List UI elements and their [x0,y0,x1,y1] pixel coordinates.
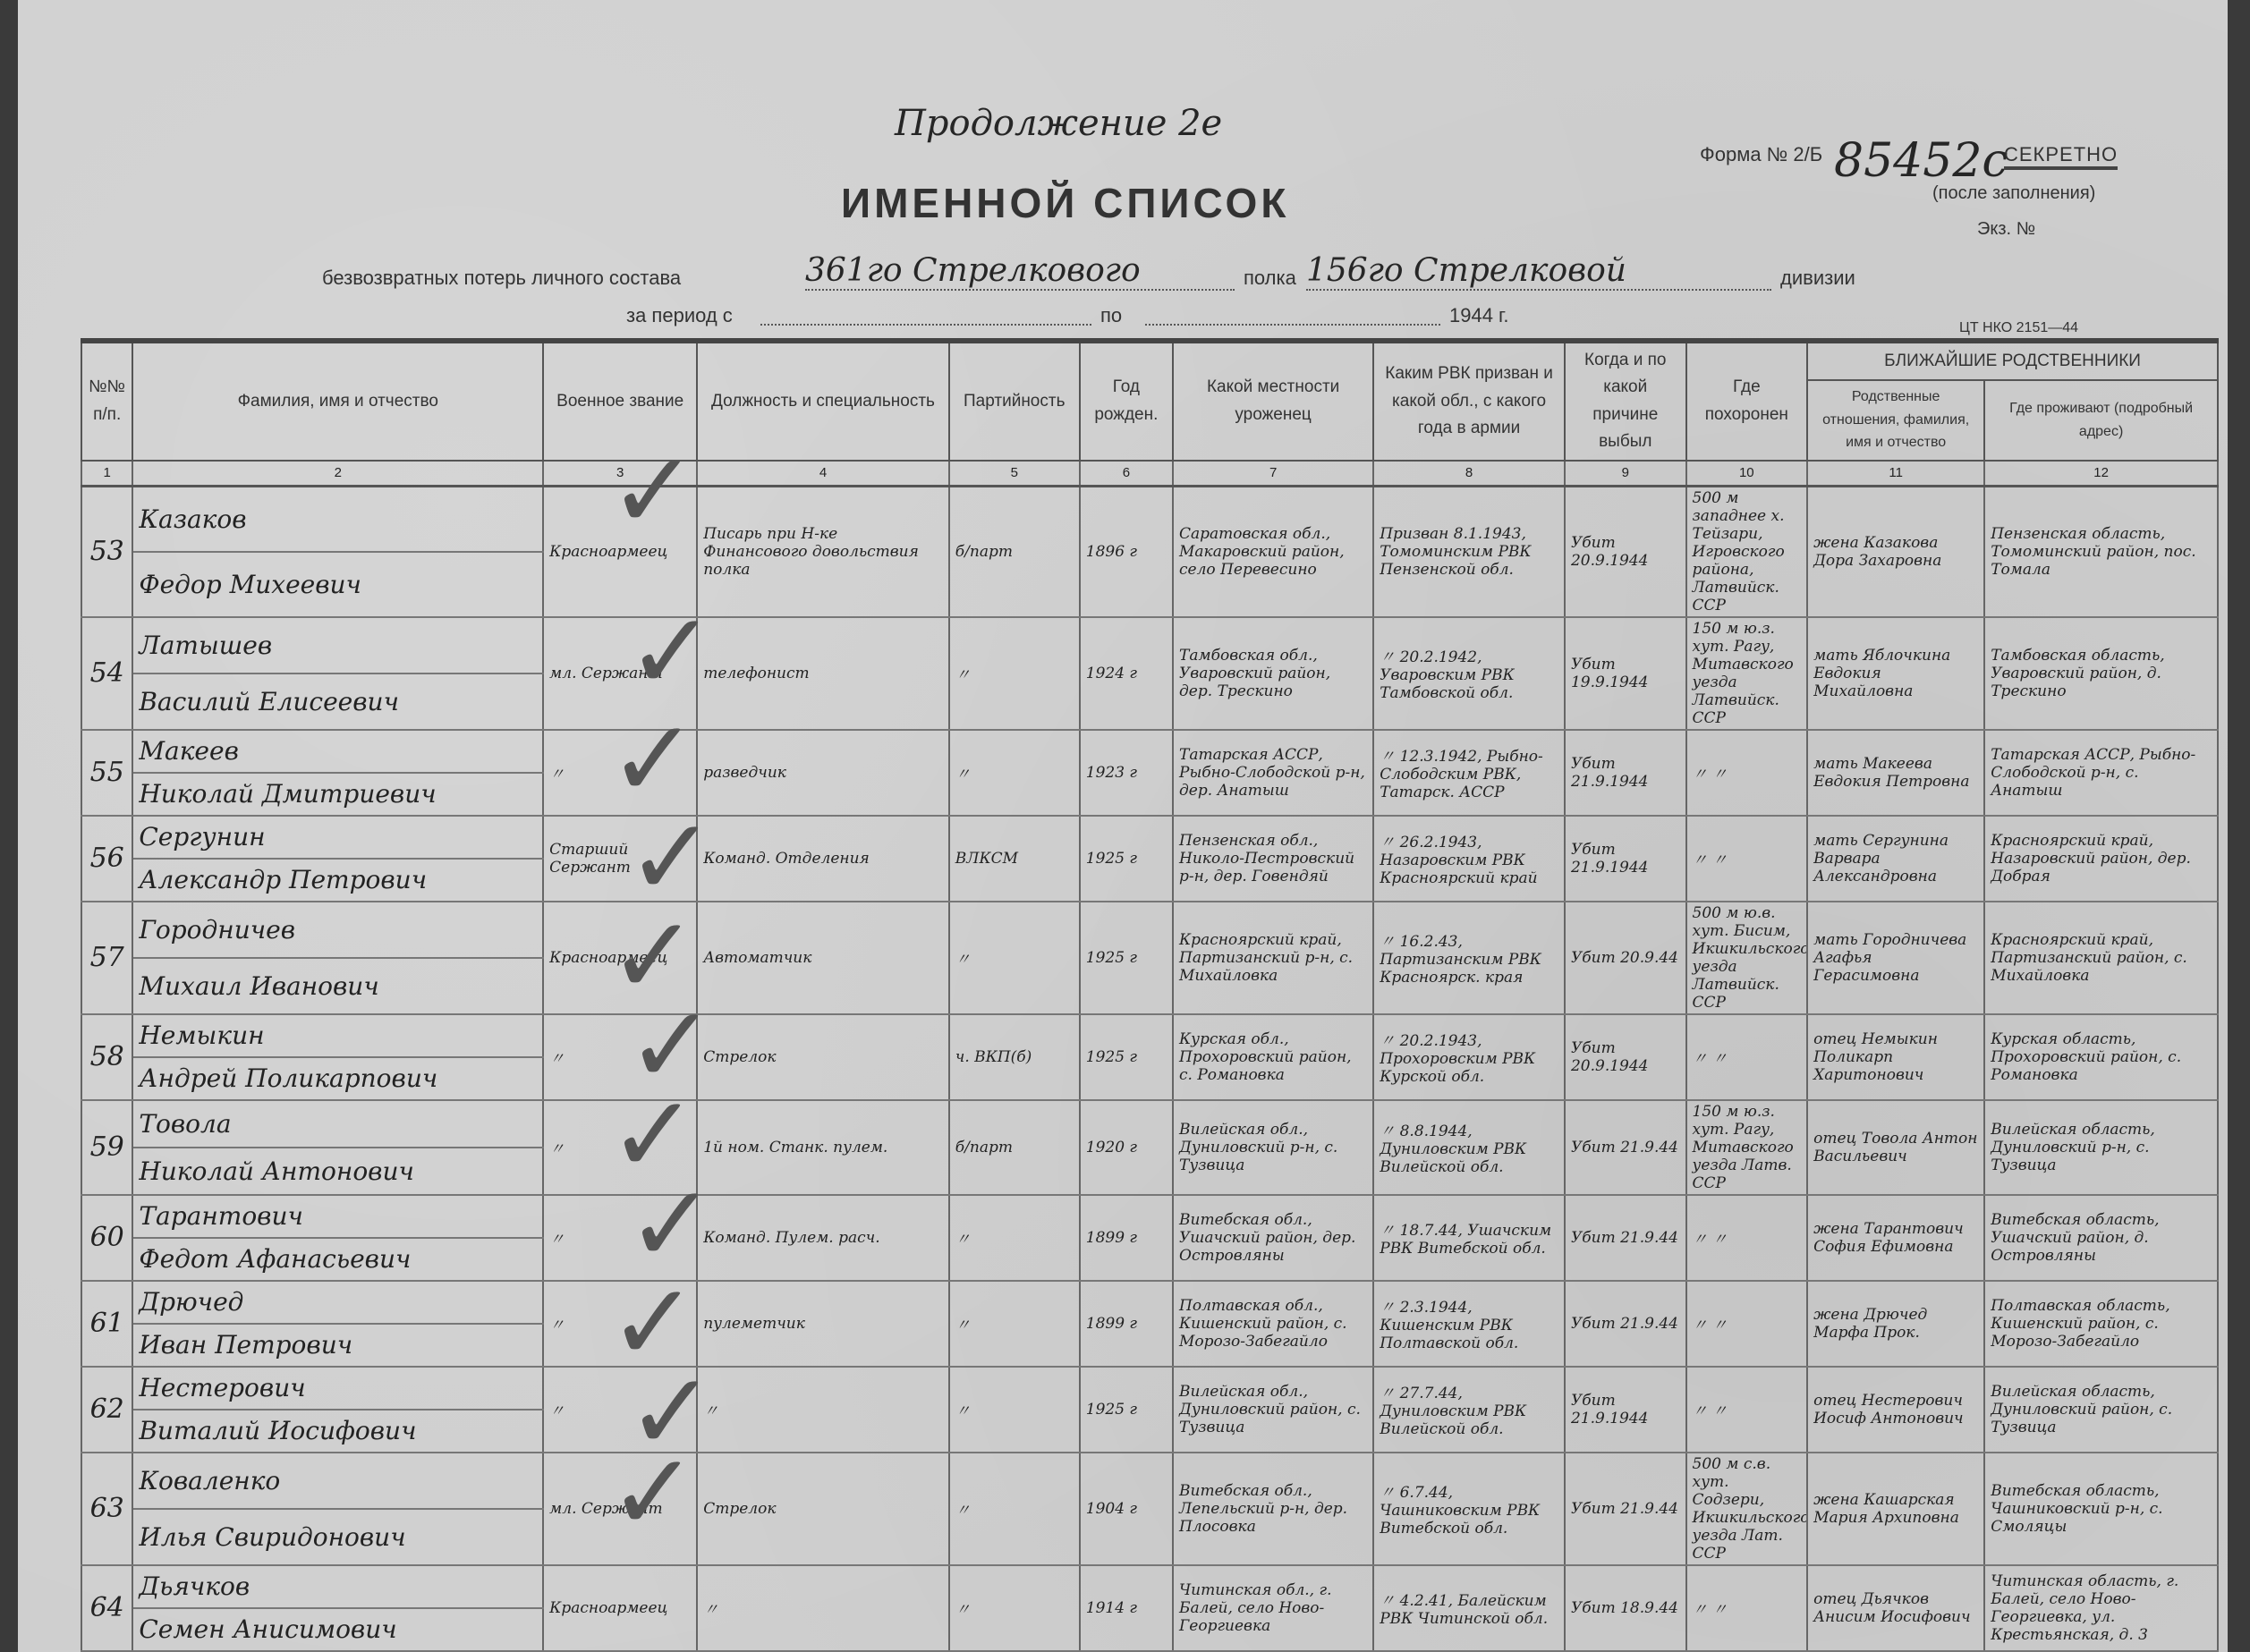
party-cell: б/парт [949,1100,1080,1195]
division-label: дивизии [1780,267,1855,290]
rvk-cell: 〃 20.2.1943, Прохоровским РВК Курской об… [1373,1014,1565,1100]
record-number: 64 [81,1565,132,1651]
burial-cell: 150 м ю.з. хут. Рагу, Митавского уезда Л… [1686,1100,1808,1195]
party-cell: 〃 [949,1367,1080,1453]
surname-cell: Казаков [132,486,543,552]
check-mark-icon: ✓ [608,1431,699,1555]
secrecy-note: (после заполнения) [1932,183,2095,204]
relative-cell: жена Дрючед Марфа Прок. [1807,1281,1984,1367]
col-rvk: Каким РВК призван и какой обл., с какого… [1373,341,1565,461]
origin-cell: Пензенская обл., Николо-Пестровский р-н,… [1173,816,1373,902]
period-to-label: по [1100,304,1122,327]
surname-cell: Коваленко [132,1453,543,1509]
subtitle-line: безвозвратных потерь личного состава 361… [322,259,1897,295]
rvk-cell: 〃 12.3.1942, Рыбно-Слободским РВК, Татар… [1373,730,1565,816]
party-cell: ВЛКСМ [949,816,1080,902]
rvk-cell: 〃 27.7.44, Дуниловским РВК Вилейской обл… [1373,1367,1565,1453]
col-num: 7 [1173,461,1373,487]
col-num: 12 [1984,461,2218,487]
period-from-field [760,304,1091,326]
rvk-cell: 〃 8.8.1944, Дуниловским РВК Вилейской об… [1373,1100,1565,1195]
surname-cell: Дьячков [132,1565,543,1608]
given-name-cell: Виталий Иосифович [132,1410,543,1453]
surname-cell: Макеев [132,730,543,773]
party-cell: 〃 [949,617,1080,730]
period-to-field [1145,304,1440,326]
col-number: №№ п/п. [81,341,132,461]
position-cell: Писарь при Н-ке Финансового довольствия … [697,486,949,617]
table-row: 64ДьячковКрасноармеец〃〃1914 гЧитинская о… [81,1565,2218,1608]
reason-cell: Убит 21.9.1944 [1565,1367,1686,1453]
col-position: Должность и специальность [697,341,949,461]
given-name-cell: Федор Михеевич [132,552,543,617]
table-row: 61Дрючед〃пулеметчик〃1899 гПолтавская обл… [81,1281,2218,1324]
reason-cell: Убит 21.9.44 [1565,1281,1686,1367]
form-number: Форма № 2/Б [1700,143,1822,166]
record-number: 53 [81,486,132,617]
origin-cell: Полтавская обл., Кишенский район, с. Мор… [1173,1281,1373,1367]
copy-number: Экз. № [1977,219,2035,240]
reason-cell: Убит 21.9.44 [1565,1195,1686,1281]
col-origin: Какой местности уроженец [1173,341,1373,461]
party-cell: 〃 [949,730,1080,816]
surname-cell: Товола [132,1100,543,1148]
birth-year-cell: 1925 г [1080,1367,1173,1453]
surname-cell: Латышев [132,617,543,674]
relative-cell: мать Городничева Агафья Герасимовна [1807,902,1984,1014]
origin-cell: Саратовская обл., Макаровский район, сел… [1173,486,1373,617]
origin-cell: Курская обл., Прохоровский район, с. Ром… [1173,1014,1373,1100]
given-name-cell: Иван Петрович [132,1324,543,1367]
address-cell: Витебская область, Чашниковский р-н, с. … [1984,1453,2218,1565]
burial-cell: 500 м с.в. хут. Содзери, Икшкильского уе… [1686,1453,1808,1565]
table-row: 55Макеев〃разведчик〃1923 гТатарская АССР,… [81,730,2218,773]
rvk-cell: 〃 18.7.44, Ушачским РВК Витебской обл. [1373,1195,1565,1281]
archive-number: 85452с [1834,134,2008,188]
col-num: 6 [1080,461,1173,487]
burial-cell: 〃 〃 [1686,1367,1808,1453]
burial-cell: 〃 〃 [1686,1281,1808,1367]
party-cell: 〃 [949,1281,1080,1367]
record-number: 56 [81,816,132,902]
reason-cell: Убит 18.9.44 [1565,1565,1686,1651]
birth-year-cell: 1925 г [1080,902,1173,1014]
col-num: 9 [1565,461,1686,487]
col-address: Где проживают (подробный адрес) [1984,380,2218,461]
table-row: 56СергунинСтарший СержантКоманд. Отделен… [81,816,2218,859]
losses-label: безвозвратных потерь личного состава [322,267,681,290]
col-reason: Когда и по какой причине выбыл [1565,341,1686,461]
surname-cell: Дрючед [132,1281,543,1324]
surname-cell: Тарантович [132,1195,543,1238]
table-row: 57ГородничевКрасноармеецАвтоматчик〃1925 … [81,902,2218,958]
birth-year-cell: 1923 г [1080,730,1173,816]
table-row: 58Немыкин〃Стрелокч. ВКП(б)1925 гКурская … [81,1014,2218,1057]
birth-year-cell: 1920 г [1080,1100,1173,1195]
party-cell: 〃 [949,1565,1080,1651]
party-cell: 〃 [949,902,1080,1014]
address-cell: Тамбовская область, Уваровский район, д.… [1984,617,2218,730]
origin-cell: Вилейская обл., Дуниловский район, с. Ту… [1173,1367,1373,1453]
burial-cell: 〃 〃 [1686,730,1808,816]
table-row: 62Нестерович〃〃〃1925 гВилейская обл., Дун… [81,1367,2218,1410]
regiment-label: полка [1244,267,1296,290]
given-name-cell: Николай Антонович [132,1148,543,1195]
address-cell: Курская область, Прохоровский район, с. … [1984,1014,2218,1100]
burial-cell: 〃 〃 [1686,1195,1808,1281]
birth-year-cell: 1924 г [1080,617,1173,730]
col-full-name: Фамилия, имя и отчество [132,341,543,461]
col-party: Партийность [949,341,1080,461]
surname-cell: Городничев [132,902,543,958]
address-cell: Вилейская область, Дуниловский р-н, с. Т… [1984,1100,2218,1195]
party-cell: б/парт [949,486,1080,617]
relative-cell: мать Макеева Евдокия Петровна [1807,730,1984,816]
burial-cell: 〃 〃 [1686,1565,1808,1651]
burial-cell: 150 м ю.з. хут. Рагу, Митавского уезда Л… [1686,617,1808,730]
origin-cell: Читинская обл., г. Балей, село Ново-Геор… [1173,1565,1373,1651]
address-cell: Пензенская область, Томоминский район, п… [1984,486,2218,617]
record-number: 58 [81,1014,132,1100]
rvk-cell: 〃 6.7.44, Чашниковским РВК Витебской обл… [1373,1453,1565,1565]
table-row: 59Товола〃1й ном. Станк. пулем.б/парт1920… [81,1100,2218,1148]
reason-cell: Убит 21.9.1944 [1565,730,1686,816]
relative-cell: жена Казакова Дора Захаровна [1807,486,1984,617]
address-cell: Читинская область, г. Балей, село Ново-Г… [1984,1565,2218,1651]
reason-cell: Убит 21.9.1944 [1565,816,1686,902]
origin-cell: Тамбовская обл., Уваровский район, дер. … [1173,617,1373,730]
position-cell: разведчик [697,730,949,816]
check-mark-icon: ✓ [626,590,717,715]
position-cell: телефонист [697,617,949,730]
col-num: 10 [1686,461,1808,487]
birth-year-cell: 1904 г [1080,1453,1173,1565]
period-from-label: за период с [626,304,733,327]
relative-cell: отец Нестерович Иосиф Антонович [1807,1367,1984,1453]
origin-cell: Витебская обл., Лепельский р-н, дер. Пло… [1173,1453,1373,1565]
reason-cell: Убит 20.9.1944 [1565,1014,1686,1100]
burial-cell: 〃 〃 [1686,816,1808,902]
table-row: 60Тарантович〃Команд. Пулем. расч.〃1899 г… [81,1195,2218,1238]
reason-cell: Убит 19.9.1944 [1565,617,1686,730]
relative-cell: мать Яблочкина Евдокия Михайловна [1807,617,1984,730]
position-cell: Стрелок [697,1014,949,1100]
rank-cell: Красноармеец [543,1565,697,1651]
relative-cell: отец Товола Антон Васильевич [1807,1100,1984,1195]
rvk-cell: 〃 4.2.41, Балейским РВК Читинской обл. [1373,1565,1565,1651]
period-year: 1944 г. [1449,304,1509,327]
surname-cell: Нестерович [132,1367,543,1410]
reason-cell: Убит 20.9.1944 [1565,486,1686,617]
birth-year-cell: 1914 г [1080,1565,1173,1651]
regiment-field: 361го Стрелкового [805,252,1235,291]
burial-cell: 500 м западнее х. Тейзари, Игровского ра… [1686,486,1808,617]
reason-cell: Убит 21.9.44 [1565,1100,1686,1195]
given-name-cell: Василий Елисеевич [132,674,543,730]
relative-cell: мать Сергунина Варвара Александровна [1807,816,1984,902]
given-name-cell: Семен Анисимович [132,1608,543,1651]
reason-cell: Убит 20.9.44 [1565,902,1686,1014]
given-name-cell: Илья Свиридонович [132,1509,543,1565]
col-num: 11 [1807,461,1984,487]
birth-year-cell: 1899 г [1080,1281,1173,1367]
record-number: 54 [81,617,132,730]
col-num: 4 [697,461,949,487]
address-cell: Витебская область, Ушачский район, д. Ос… [1984,1195,2218,1281]
given-name-cell: Андрей Поликарпович [132,1057,543,1100]
continuation-note: Продолжение 2е [895,103,1222,144]
relative-cell: отец Немыкин Поликарп Харитонович [1807,1014,1984,1100]
record-number: 60 [81,1195,132,1281]
birth-year-cell: 1896 г [1080,486,1173,617]
rvk-cell: 〃 20.2.1942, Уваровским РВК Тамбовской о… [1373,617,1565,730]
col-burial: Где похоронен [1686,341,1808,461]
position-cell: Стрелок [697,1453,949,1565]
given-name-cell: Николай Дмитриевич [132,773,543,816]
position-cell: Автоматчик [697,902,949,1014]
origin-cell: Татарская АССР, Рыбно-Слободской р-н, де… [1173,730,1373,816]
position-cell: 1й ном. Станк. пулем. [697,1100,949,1195]
origin-cell: Витебская обл., Ушачский район, дер. Ост… [1173,1195,1373,1281]
relative-cell: отец Дьячков Анисим Иосифович [1807,1565,1984,1651]
birth-year-cell: 1899 г [1080,1195,1173,1281]
reason-cell: Убит 21.9.44 [1565,1453,1686,1565]
rvk-cell: 〃 2.3.1944, Кишенским РВК Полтавской обл… [1373,1281,1565,1367]
col-relatives-group: БЛИЖАЙШИЕ РОДСТВЕННИКИ [1807,341,2218,380]
relative-cell: жена Тарантович София Ефимовна [1807,1195,1984,1281]
record-number: 59 [81,1100,132,1195]
rvk-cell: Призван 8.1.1943, Томоминским РВК Пензен… [1373,486,1565,617]
given-name-cell: Михаил Иванович [132,958,543,1014]
document-page: Продолжение 2е Форма № 2/Б 85452с СЕКРЕТ… [18,0,2228,1652]
period-line: за период с по 1944 г. [626,304,1700,340]
position-cell: Команд. Отделения [697,816,949,902]
col-relative: Родственные отношения, фамилия, имя и от… [1807,380,1984,461]
surname-cell: Немыкин [132,1014,543,1057]
address-cell: Красноярский край, Назаровский район, де… [1984,816,2218,902]
col-num: 5 [949,461,1080,487]
losses-table: №№ п/п. Фамилия, имя и отчество Военное … [81,338,2219,1652]
address-cell: Красноярский край, Партизанский район, с… [1984,902,2218,1014]
table-row: 54Латышевмл. Сержанттелефонист〃1924 гТам… [81,617,2218,674]
burial-cell: 500 м ю.в. хут. Бисим, Икшкильского уезд… [1686,902,1808,1014]
address-cell: Татарская АССР, Рыбно-Слободской р-н, с.… [1984,730,2218,816]
relative-cell: жена Кашарская Мария Архиповна [1807,1453,1984,1565]
col-birth-year: Год рожден. [1080,341,1173,461]
address-cell: Полтавская область, Кишенский район, с. … [1984,1281,2218,1367]
birth-year-cell: 1925 г [1080,816,1173,902]
rvk-cell: 〃 26.2.1943, Назаровским РВК Красноярски… [1373,816,1565,902]
burial-cell: 〃 〃 [1686,1014,1808,1100]
position-cell: пулеметчик [697,1281,949,1367]
table-row: 63Коваленкомл. СержантСтрелок〃1904 гВите… [81,1453,2218,1509]
party-cell: 〃 [949,1195,1080,1281]
origin-cell: Красноярский край, Партизанский р-н, с. … [1173,902,1373,1014]
col-num: 1 [81,461,132,487]
record-number: 57 [81,902,132,1014]
check-mark-icon: ✓ [608,429,699,554]
surname-cell: Сергунин [132,816,543,859]
party-cell: 〃 [949,1453,1080,1565]
column-numbers-row: 1 2 3 4 5 6 7 8 9 10 11 12 [81,461,2218,487]
rvk-cell: 〃 16.2.43, Партизанским РВК Красноярск. … [1373,902,1565,1014]
division-field: 156го Стрелковой [1306,252,1771,291]
party-cell: ч. ВКП(б) [949,1014,1080,1100]
table-row: 53КазаковКрасноармеецПисарь при Н-ке Фин… [81,486,2218,552]
col-num: 8 [1373,461,1565,487]
print-code: ЦТ НКО 2151—44 [1959,320,2078,336]
record-number: 63 [81,1453,132,1565]
record-number: 55 [81,730,132,816]
given-name-cell: Федот Афанасьевич [132,1238,543,1281]
record-number: 61 [81,1281,132,1367]
col-num: 2 [132,461,543,487]
position-cell: 〃 [697,1367,949,1453]
birth-year-cell: 1925 г [1080,1014,1173,1100]
address-cell: Вилейская область, Дуниловский район, с.… [1984,1367,2218,1453]
record-number: 62 [81,1367,132,1453]
given-name-cell: Александр Петрович [132,859,543,902]
document-title: ИМЕННОЙ СПИСОК [841,179,1289,227]
secrecy-label: СЕКРЕТНО [2004,143,2118,170]
position-cell: Команд. Пулем. расч. [697,1195,949,1281]
origin-cell: Вилейская обл., Дуниловский р-н, с. Тузв… [1173,1100,1373,1195]
position-cell: 〃 [697,1565,949,1651]
